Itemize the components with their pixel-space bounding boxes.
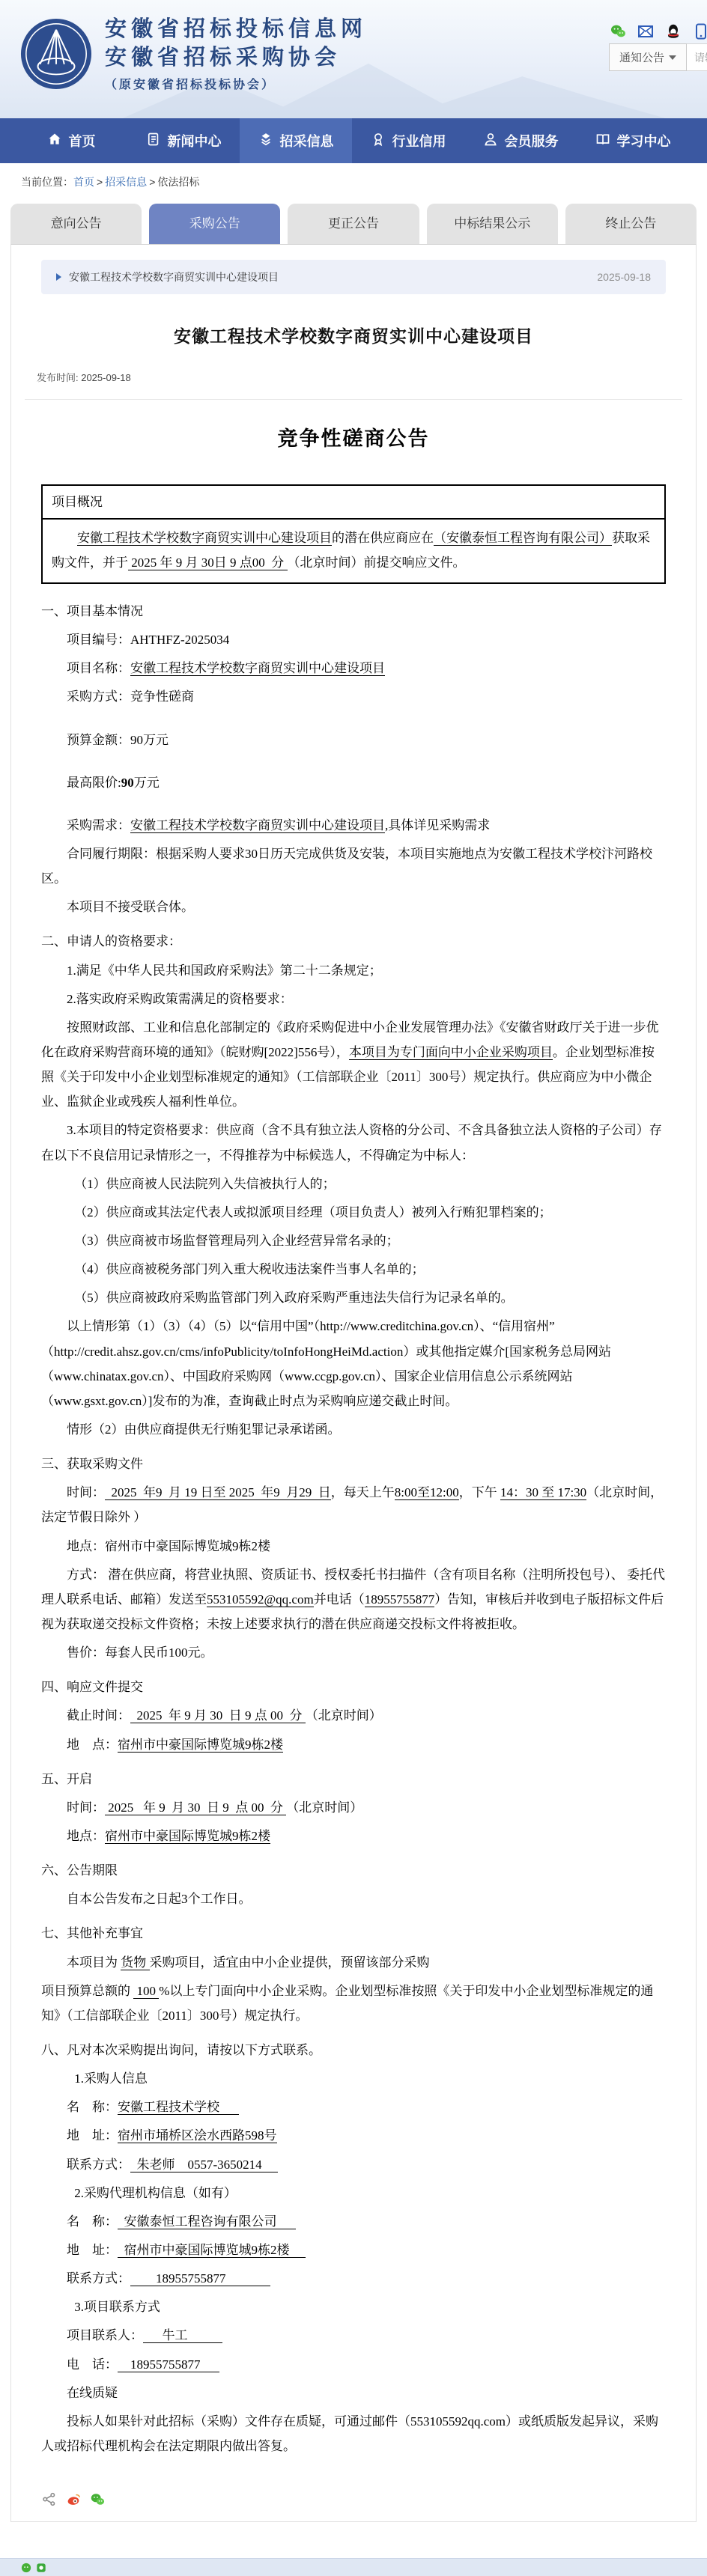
text-segment: （4）供应商被税务部门列入重大税收违法案件当事人名单的； xyxy=(74,1262,425,1276)
overview-heading: 项目概况 xyxy=(43,486,664,520)
section-heading: 二、申请人的资格要求： xyxy=(41,929,666,954)
text-segment: 名 称： xyxy=(67,2100,118,2114)
underlined-text: 14：30 至 17:30 xyxy=(500,1485,586,1500)
doc-paragraph: 本项目为 货物 采购项目，适宜由中小企业提供，预留该部分采购 xyxy=(41,1950,666,1975)
announcement-document: 竞争性磋商公告 项目概况 安徽工程技术学校数字商贸实训中心建设项目的潜在供应商应… xyxy=(41,419,666,2458)
section-heading: 六、公告期限 xyxy=(41,1858,666,1883)
chevron-down-icon xyxy=(669,55,676,60)
text-segment: （北京时间） xyxy=(306,1708,382,1723)
section-heading: 一、项目基本情况 xyxy=(41,599,666,624)
underlined-text: 宿州市中豪国际博览城9栋2楼 xyxy=(118,2243,306,2258)
doc-paragraph: 采购方式：竞争性磋商 xyxy=(41,684,666,709)
doc-paragraph: 2.落实政府采购政策需满足的资格要求： xyxy=(41,987,666,1011)
announcement-list-item[interactable]: 安徽工程技术学校数字商贸实训中心建设项目 2025-09-18 xyxy=(41,260,666,294)
doc-paragraph: 预算金额：90万元 xyxy=(41,728,666,752)
wechat-share-icon[interactable] xyxy=(89,2491,106,2508)
text-segment: 3.项目联系方式 xyxy=(74,2300,160,2314)
text-segment: 地点：宿州市中豪国际博览城9栋2楼 xyxy=(67,1539,270,1553)
nav-item-label: 学习中心 xyxy=(617,131,671,150)
text-segment: 八、凡对本次采购提出询问，请按以下方式联系。 xyxy=(41,2043,321,2057)
doc-paragraph: 项目名称：安徽工程技术学校数字商贸实训中心建设项目 xyxy=(41,656,666,680)
underlined-text: 宿州市中豪国际博览城9栋2楼 xyxy=(118,1738,283,1753)
mobile-icon[interactable] xyxy=(692,22,707,40)
nav-home[interactable]: 首页 xyxy=(15,118,127,163)
doc-paragraph: 截止时间： 2025 年 9 月 30 日 9 点 00 分 （北京时间） xyxy=(41,1703,666,1728)
news-icon xyxy=(146,132,161,150)
doc-paragraph: 售价：每套人民币100元。 xyxy=(41,1640,666,1665)
text-segment: 90 xyxy=(121,776,134,790)
tab-correction[interactable]: 更正公告 xyxy=(288,204,419,244)
breadcrumb-separator: > xyxy=(149,176,155,188)
project-overview-box: 项目概况 安徽工程技术学校数字商贸实训中心建设项目的潜在供应商应在（安徽泰恒工程… xyxy=(41,484,666,584)
text-segment: 五、开启 xyxy=(41,1772,92,1786)
footer-strip xyxy=(0,2558,707,2576)
study-icon xyxy=(595,132,610,150)
text-segment: 最高限价: xyxy=(67,776,121,790)
underlined-text: 2025 年 9 月 30日 9 点00 分 xyxy=(128,555,288,570)
mail-icon[interactable] xyxy=(637,22,655,40)
doc-paragraph: 地 址： 宿州市中豪国际博览城9栋2楼 xyxy=(41,2238,666,2262)
underlined-text: 2025 年9 月 19 日至 2025 年9 月29 日 xyxy=(105,1485,331,1500)
text-segment: 3.本项目的特定资格要求：供应商（含不具有独立法人资格的分公司、不含具备独立法人… xyxy=(41,1123,662,1162)
text-segment: 本项目为 xyxy=(67,1955,121,1970)
underlined-text: 553105592@qq.com xyxy=(207,1592,314,1607)
text-segment: 本项目不接受联合体。 xyxy=(67,900,194,914)
doc-paragraph: 地 址：宿州市埇桥区浍水西路598号 xyxy=(41,2123,666,2148)
content-panel: 安徽工程技术学校数字商贸实训中心建设项目 2025-09-18 安徽工程技术学校… xyxy=(10,244,697,2522)
underlined-text: 宿州市埇桥区浍水西路598号 xyxy=(118,2128,277,2143)
doc-paragraph: 地点：宿州市中豪国际博览城9栋2楼 xyxy=(41,1824,666,1848)
weibo-icon[interactable] xyxy=(65,2491,82,2508)
underlined-text: 安徽工程技术学校数字商贸实训中心建设项目 xyxy=(130,661,385,676)
section-heading: 三、获取采购文件 xyxy=(41,1452,666,1476)
announcement-tabs: 意向公告采购公告更正公告中标结果公示终止公告 xyxy=(10,204,697,244)
underlined-text: 朱老师 0557-3650214 xyxy=(130,2158,278,2172)
share-icon[interactable] xyxy=(41,2491,58,2508)
doc-paragraph: 联系方式： 朱老师 0557-3650214 xyxy=(41,2152,666,2177)
tab-award-result[interactable]: 中标结果公示 xyxy=(427,204,558,244)
text-segment: 项目联系人： xyxy=(67,2328,143,2342)
text-segment: 地 址： xyxy=(67,2243,118,2257)
wechat-icon[interactable] xyxy=(609,22,627,40)
underlined-text: 18955755877 xyxy=(130,2271,270,2286)
search-category-value: 通知公告 xyxy=(619,49,664,65)
text-segment: ，下午 xyxy=(459,1485,500,1499)
credit-icon xyxy=(371,132,386,150)
doc-paragraph: 3.本项目的特定资格要求：供应商（含不具有独立法人资格的分公司、不含具备独立法人… xyxy=(41,1118,666,1167)
site-subtitle: （原安徽省招标投标协会） xyxy=(105,75,367,92)
doc-paragraph: 时间： 2025 年9 月 19 日至 2025 年9 月29 日，每天上午8:… xyxy=(41,1480,666,1529)
bid-info-icon xyxy=(258,132,273,150)
text-segment: 地点： xyxy=(67,1829,105,1843)
text-segment: 项目编号：AHTHFZ-2025034 xyxy=(67,633,229,647)
text-segment: （1）供应商被人民法院列入失信被执行人的； xyxy=(74,1177,336,1191)
search-input[interactable] xyxy=(687,43,707,71)
doc-paragraph: 本项目不接受联合体。 xyxy=(41,895,666,919)
triangle-bullet-icon xyxy=(56,273,61,281)
doc-paragraph: 在线质疑 xyxy=(41,2381,666,2405)
text-segment: 自本公告发布之日起3个工作日。 xyxy=(67,1892,252,1906)
underlined-text: 安徽工程技术学校数字商贸实训中心建设项目 xyxy=(130,818,385,833)
doc-paragraph: 自本公告发布之日起3个工作日。 xyxy=(41,1887,666,1911)
doc-paragraph: 3.项目联系方式 xyxy=(41,2295,666,2319)
text-segment: 合同履行期限：根据采购人要求30日历天完成供货及安装，本项目实施地点为安徽工程技… xyxy=(41,847,652,886)
text-segment: 采购项目，适宜由中小企业提供，预留该部分采购 xyxy=(150,1955,430,1970)
text-segment: 联系方式： xyxy=(67,2271,130,2286)
breadcrumb-separator: > xyxy=(97,176,103,188)
text-segment: 地 点： xyxy=(67,1738,118,1752)
share-row xyxy=(41,2491,696,2508)
listing-date: 2025-09-18 xyxy=(597,271,651,283)
text-segment: 时间： xyxy=(67,1485,105,1499)
member-icon xyxy=(483,132,498,150)
text-segment: 项目名称： xyxy=(67,661,130,675)
publish-time: 发布时间: 2025-09-18 xyxy=(37,370,696,384)
doc-paragraph: 最高限价:90万元 xyxy=(41,770,666,795)
text-segment: 联系方式： xyxy=(67,2158,130,2172)
nav-item-label: 首页 xyxy=(69,131,96,150)
doc-paragraph: 联系方式： 18955755877 xyxy=(41,2266,666,2291)
nav-item-label: 招采信息 xyxy=(280,131,334,150)
doc-paragraph: 项目预算总额的 100 %以上专门面向中小企业采购。企业划型标准按照《关于印发中… xyxy=(41,1979,666,2028)
text-segment: ，每天上午 xyxy=(331,1485,395,1499)
underlined-text: 18955755877 xyxy=(365,1592,435,1607)
doc-paragraph: 1.满足《中华人民共和国政府采购法》第二十二条规定； xyxy=(41,958,666,983)
tab-procurement[interactable]: 采购公告 xyxy=(149,204,280,244)
text-segment: （北京时间） xyxy=(286,1800,362,1815)
nav-bid-info[interactable]: 招采信息 xyxy=(240,118,352,163)
underlined-text: 2025 年 9 月 30 日 9 点 00 分 xyxy=(105,1800,286,1815)
document-title: 竞争性磋商公告 xyxy=(41,419,666,459)
document-body: 一、项目基本情况项目编号：AHTHFZ-2025034项目名称：安徽工程技术学校… xyxy=(41,599,666,2458)
doc-paragraph: 时间： 2025 年 9 月 30 日 9 点 00 分 （北京时间） xyxy=(41,1795,666,1820)
text-segment: 六、公告期限 xyxy=(41,1863,118,1878)
doc-paragraph: （3）供应商被市场监督管理局列入企业经营异常名录的； xyxy=(41,1228,666,1253)
doc-paragraph: 采购需求：安徽工程技术学校数字商贸实训中心建设项目,具体详见采购需求 xyxy=(41,813,666,838)
doc-paragraph: 地点：宿州市中豪国际博览城9栋2楼 xyxy=(41,1534,666,1559)
wechat-mini-icon[interactable] xyxy=(21,2563,31,2573)
section-heading: 四、响应文件提交 xyxy=(41,1675,666,1699)
text-segment: 的潜在供应商应在 xyxy=(332,531,434,545)
footer-gap xyxy=(0,2522,707,2558)
qq-icon[interactable] xyxy=(664,22,682,40)
text-segment: （2）供应商或其法定代表人或拟派项目经理（项目负责人）被列入行贿犯罪档案的； xyxy=(74,1205,552,1220)
home-icon xyxy=(47,132,62,150)
text-segment: （3）供应商被市场监督管理局列入企业经营异常名录的； xyxy=(74,1234,399,1248)
underlined-text: 安徽泰恒工程咨询有限公司 xyxy=(118,2214,296,2229)
nav-study-center[interactable]: 学习中心 xyxy=(577,118,689,163)
text-segment: （北京时间）前提交响应文件。 xyxy=(288,555,466,570)
doc-paragraph: 合同履行期限：根据采购人要求30日历天完成供货及安装，本项目实施地点为安徽工程技… xyxy=(41,841,666,891)
nav-item-label: 新闻中心 xyxy=(168,131,222,150)
header-search: 通知公告 xyxy=(609,43,707,71)
doc-paragraph: 项目联系人： 牛工 xyxy=(41,2323,666,2348)
nav-member-service[interactable]: 会员服务 xyxy=(464,118,577,163)
doc-paragraph: （4）供应商被税务部门列入重大税收违法案件当事人名单的； xyxy=(41,1257,666,1282)
breadcrumb-link[interactable]: 招采信息 xyxy=(105,176,147,188)
breadcrumb: 当前位置：首页>招采信息>依法招标 xyxy=(0,163,707,199)
doc-paragraph: 1.采购人信息 xyxy=(41,2066,666,2091)
app-icon[interactable] xyxy=(36,2563,46,2573)
nav-news[interactable]: 新闻中心 xyxy=(127,118,240,163)
text-segment: 七、其他补充事宜 xyxy=(41,1926,143,1940)
doc-paragraph: 名 称： 安徽泰恒工程咨询有限公司 xyxy=(41,2209,666,2234)
doc-paragraph: 名 称：安徽工程技术学校 xyxy=(41,2095,666,2119)
breadcrumb-prefix: 当前位置： xyxy=(21,176,73,188)
underlined-text: 宿州市中豪国际博览城9栋2楼 xyxy=(105,1829,270,1844)
underlined-text: 货物 xyxy=(121,1955,149,1970)
text-segment: 并电话（ xyxy=(314,1592,365,1607)
text-segment: 名 称： xyxy=(67,2214,118,2229)
brand: 安徽省招标投标信息网 安徽省招标采购协会 （原安徽省招标投标协会） xyxy=(19,15,367,92)
doc-paragraph: 方式： 潜在供应商，将营业执照、资质证书、授权委托书扫描件（含有项目名称（注明所… xyxy=(41,1562,666,1636)
association-logo-icon xyxy=(19,17,93,91)
doc-paragraph: 情形（2）由供应商提供无行贿犯罪记录承诺函。 xyxy=(41,1417,666,1442)
section-heading: 七、其他补充事宜 xyxy=(41,1921,666,1946)
search-category-select[interactable]: 通知公告 xyxy=(609,43,687,71)
article-title: 安徽工程技术学校数字商贸实训中心建设项目 xyxy=(11,323,696,347)
underlined-text: 安徽工程技术学校 xyxy=(118,2100,239,2115)
doc-paragraph: （2）供应商或其法定代表人或拟派项目经理（项目负责人）被列入行贿犯罪档案的； xyxy=(41,1200,666,1225)
underlined-text: 18955755877 xyxy=(118,2357,219,2372)
breadcrumb-link[interactable]: 首页 xyxy=(73,176,94,188)
text-segment: 2.采购代理机构信息（如有） xyxy=(74,2186,237,2200)
header-quick-icons xyxy=(609,22,707,40)
underlined-text: 本项目为专门面向中小企业采购项目 xyxy=(349,1045,553,1060)
text-segment: 以上情形第（1）（3）（4）（5）以“信用中国”（http://www.cred… xyxy=(41,1319,611,1407)
text-segment: 三、获取采购文件 xyxy=(41,1457,143,1471)
section-heading: 五、开启 xyxy=(41,1767,666,1791)
underlined-text: 8:00至12:00 xyxy=(395,1485,459,1500)
underlined-text: 安徽工程技术学校数字商贸实训中心建设项目 xyxy=(77,531,332,546)
doc-paragraph: （5）供应商被政府采购监管部门列入政府采购严重违法失信行为记录名单的。 xyxy=(41,1285,666,1310)
tab-termination[interactable]: 终止公告 xyxy=(565,204,697,244)
text-segment: 售价：每套人民币100元。 xyxy=(67,1645,213,1660)
site-title-line1: 安徽省招标投标信息网 xyxy=(105,15,367,43)
overview-paragraph: 安徽工程技术学校数字商贸实训中心建设项目的潜在供应商应在（安徽泰恒工程咨询有限公… xyxy=(43,520,664,582)
site-title-line2: 安徽省招标采购协会 xyxy=(105,43,367,72)
nav-item-label: 行业信用 xyxy=(392,131,446,150)
site-header: 安徽省招标投标信息网 安徽省招标采购协会 （原安徽省招标投标协会） 通知公告 xyxy=(0,0,707,118)
doc-paragraph: 2.采购代理机构信息（如有） xyxy=(41,2181,666,2205)
text-segment: 采购需求： xyxy=(67,818,130,832)
text-segment: 预算金额：90万元 xyxy=(67,733,169,747)
underlined-text: （安徽泰恒工程咨询有限公司） xyxy=(434,531,612,546)
nav-item-label: 会员服务 xyxy=(505,131,559,150)
text-segment: 1.采购人信息 xyxy=(74,2071,148,2086)
divider xyxy=(25,399,682,400)
text-segment: 四、响应文件提交 xyxy=(41,1680,143,1694)
text-segment: 在线质疑 xyxy=(67,2386,118,2400)
text-segment: 项目预算总额的 xyxy=(41,1984,133,1998)
doc-paragraph: 项目编号：AHTHFZ-2025034 xyxy=(41,627,666,652)
section-heading: 八、凡对本次采购提出询问，请按以下方式联系。 xyxy=(41,2038,666,2062)
tab-intent[interactable]: 意向公告 xyxy=(10,204,142,244)
nav-partial[interactable] xyxy=(689,118,707,163)
underlined-text: 100 xyxy=(133,1984,159,1999)
text-segment: 截止时间： xyxy=(67,1708,130,1723)
doc-paragraph: 地 点：宿州市中豪国际博览城9栋2楼 xyxy=(41,1732,666,1757)
doc-paragraph: 投标人如果针对此招标（采购）文件存在质疑，可通过邮件（553105592qq.c… xyxy=(41,2409,666,2458)
nav-industry-credit[interactable]: 行业信用 xyxy=(352,118,464,163)
text-segment: 时间： xyxy=(67,1800,105,1815)
text-segment: 采购方式：竞争性磋商 xyxy=(67,689,194,704)
text-segment: 一、项目基本情况 xyxy=(41,604,143,618)
listing-title: 安徽工程技术学校数字商贸实训中心建设项目 xyxy=(69,270,279,284)
doc-paragraph: （1）供应商被人民法院列入失信被执行人的； xyxy=(41,1172,666,1196)
text-segment: 地 址： xyxy=(67,2128,118,2143)
text-segment: 2.落实政府采购政策需满足的资格要求： xyxy=(67,992,293,1006)
text-segment: 情形（2）由供应商提供无行贿犯罪记录承诺函。 xyxy=(67,1422,341,1437)
text-segment: 万元 xyxy=(134,776,160,790)
underlined-text: 牛工 xyxy=(143,2328,222,2343)
doc-paragraph: 按照财政部、工业和信息化部制定的《政府采购促进中小企业发展管理办法》《安徽省财政… xyxy=(41,1015,666,1115)
breadcrumb-current: 依法招标 xyxy=(157,176,199,188)
text-segment: 1.满足《中华人民共和国政府采购法》第二十二条规定； xyxy=(67,963,382,978)
underlined-text: 2025 年 9 月 30 日 9 点 00 分 xyxy=(130,1708,306,1723)
text-segment: 投标人如果针对此招标（采购）文件存在质疑，可通过邮件（553105592qq.c… xyxy=(41,2414,658,2453)
doc-paragraph: 以上情形第（1）（3）（4）（5）以“信用中国”（http://www.cred… xyxy=(41,1314,666,1413)
doc-paragraph: 电 话： 18955755877 xyxy=(41,2352,666,2377)
text-segment: 电 话： xyxy=(67,2357,118,2372)
text-segment: （5）供应商被政府采购监管部门列入政府采购严重违法失信行为记录名单的。 xyxy=(74,1291,514,1305)
text-segment: ,具体详见采购需求 xyxy=(385,818,490,832)
text-segment: 二、申请人的资格要求： xyxy=(41,934,181,949)
main-nav: 首页新闻中心招采信息行业信用会员服务学习中心 xyxy=(0,118,707,163)
